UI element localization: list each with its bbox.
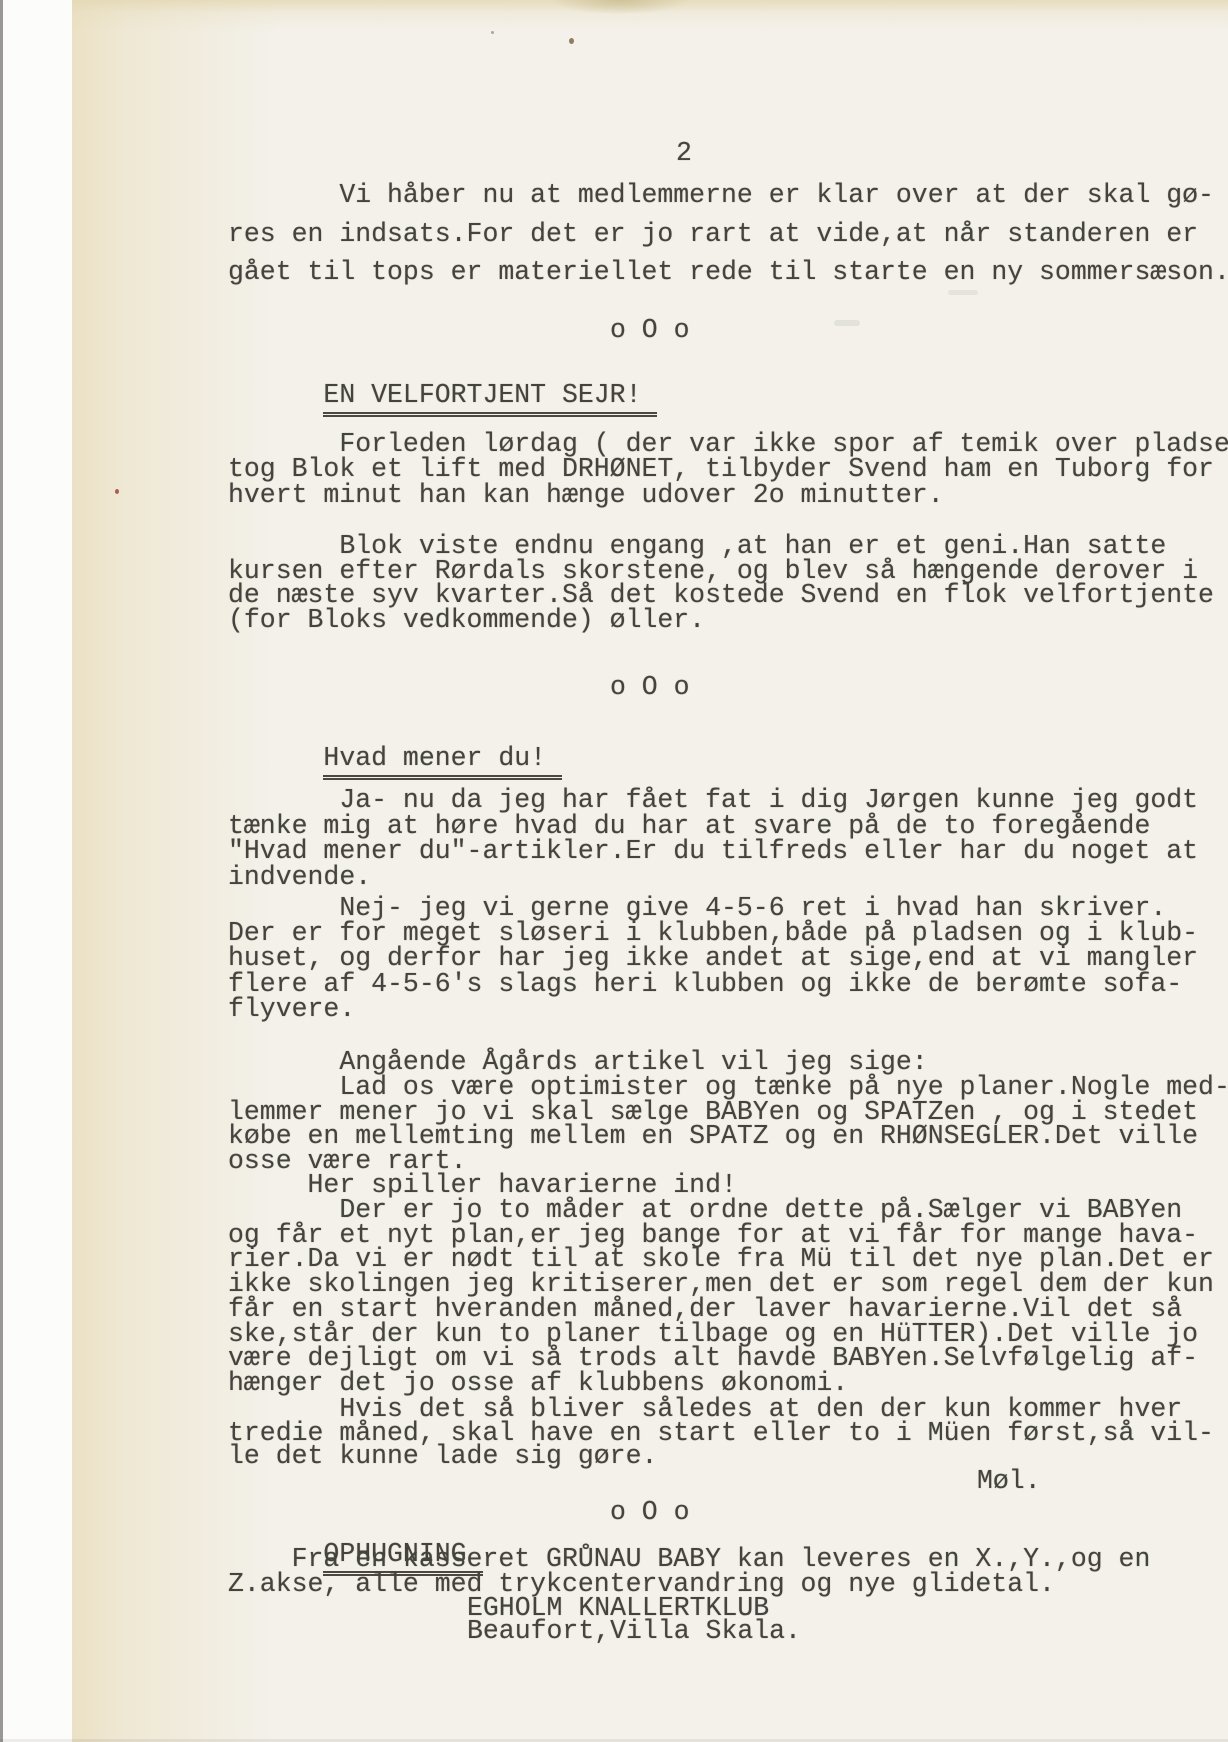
paragraph: Forleden lørdag ( der var ikke spor af t… — [228, 432, 1228, 508]
text-line: huset, og derfor har jeg ikke andet at s… — [228, 946, 1198, 971]
paragraph: Lad os være optimister og tænke på nye p… — [228, 1075, 1228, 1173]
paragraph: Der er jo to måder at ordne dette på.Sæl… — [228, 1198, 1214, 1396]
section-separator: o O o — [610, 675, 690, 700]
scan-background: 2 Vi håber nu at medlemmerne er klar ove… — [0, 0, 1228, 1742]
paragraph: Fra en kasseret GRŮNAU BABY kan leveres … — [228, 1547, 1150, 1597]
text-line: flere af 4-5-6's slags heri klubben og i… — [228, 972, 1198, 997]
intro-paragraph: Vi håber nu at medlemmerne er klar over … — [228, 176, 1228, 292]
text-line: hvert minut han kan hænge udover 2o minu… — [228, 483, 1228, 508]
text-line: Vi håber nu at medlemmerne er klar over … — [228, 176, 1228, 215]
text-line: Blok viste endnu engang ,at han er et ge… — [228, 534, 1214, 559]
section-separator: o O o — [610, 1500, 690, 1525]
heading-text: Hvad mener du! — [323, 746, 562, 780]
text-line: Ja- nu da jeg har fået fat i dig Jørgen … — [228, 788, 1198, 814]
text-line: res en indsats.For det er jo rart at vid… — [228, 215, 1228, 254]
page-number: 2 — [676, 141, 692, 166]
text-line: le det kunne lade sig gøre. — [228, 1445, 1214, 1469]
scanner-margin-strip — [3, 0, 73, 1742]
paragraph: Hvis det så bliver således at den der ku… — [228, 1398, 1214, 1469]
text-line: Der er jo to måder at ordne dette på.Sæl… — [228, 1198, 1214, 1223]
heading-text: EN VELFORTJENT SEJR! — [323, 383, 657, 417]
paragraph: Ja- nu da jeg har fået fat i dig Jørgen … — [228, 788, 1198, 891]
scanned-document-page: { "document": { "page_number": "2", "sep… — [0, 0, 1228, 1742]
text-line: hænger det jo osse af klubbens økonomi. — [228, 1371, 1214, 1396]
text-line: gået til tops er materiellet rede til st… — [228, 253, 1228, 292]
signature: Møl. — [977, 1469, 1041, 1494]
text-line: flyvere. — [228, 997, 1198, 1022]
text-line: indvende. — [228, 865, 1198, 891]
section-separator: o O o — [610, 318, 690, 343]
text-line: de næste syv kvarter.Så det kostede Sven… — [228, 583, 1214, 608]
paragraph: Blok viste endnu engang ,at han er et ge… — [228, 534, 1214, 632]
scan-speck — [115, 489, 119, 494]
club-location-line: Beaufort,Villa Skala. — [467, 1619, 801, 1644]
text-line: (for Bloks vedkommende) øller. — [228, 608, 1214, 633]
text-line: får en start hveranden måned,der laver h… — [228, 1297, 1214, 1322]
paragraph: Nej- jeg vi gerne give 4-5-6 ret i hvad … — [228, 896, 1198, 1022]
text-line: Lad os være optimister og tænke på nye p… — [228, 1075, 1228, 1100]
text-line: "Hvad mener du"-artikler.Er du tilfreds … — [228, 839, 1198, 865]
typewritten-text: 2 Vi håber nu at medlemmerne er klar ove… — [228, 0, 1228, 1742]
text-line: tog Blok et lift med DRHØNET, tilbyder S… — [228, 457, 1228, 482]
